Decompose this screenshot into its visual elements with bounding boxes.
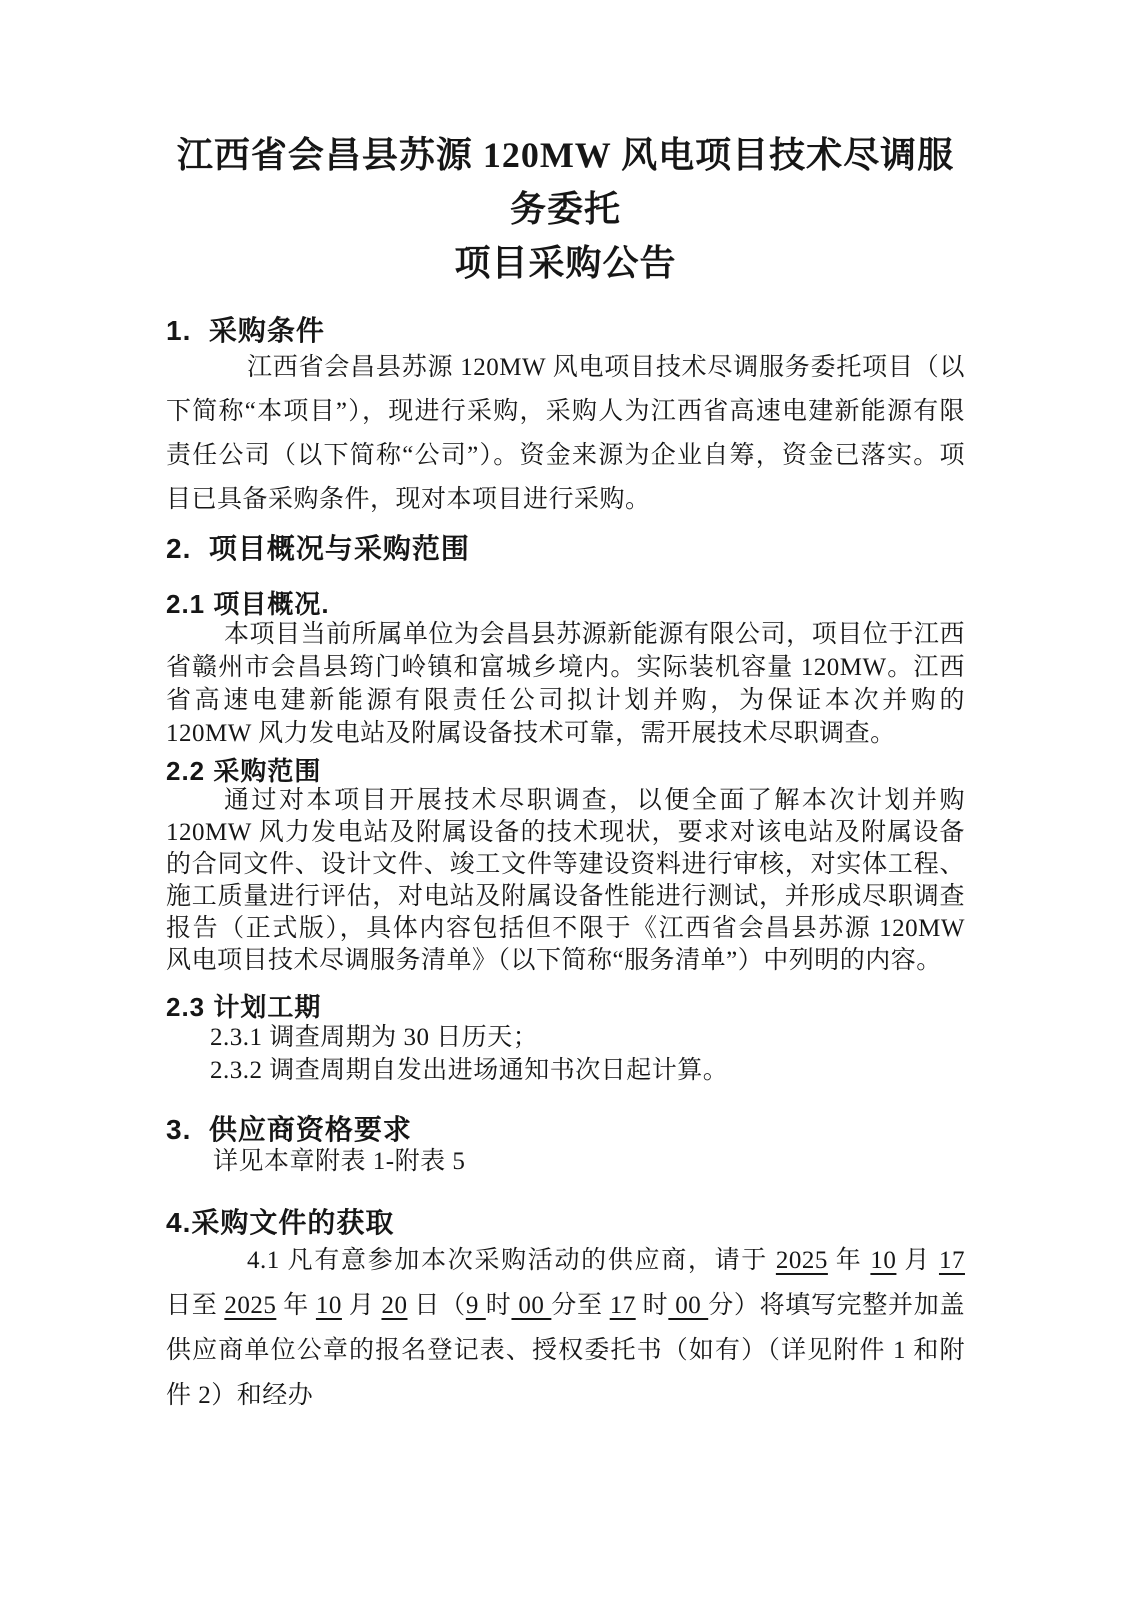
- text-run: 月: [896, 1247, 939, 1274]
- underlined-value: 2025: [776, 1247, 828, 1274]
- text-run: 分至: [551, 1292, 609, 1319]
- section-2-3-item-2: 2.3.2 调查周期自发出进场通知书次日起计算。: [166, 1054, 965, 1087]
- text-run: 4.1 凡有意参加本次采购活动的供应商，请于: [247, 1247, 776, 1274]
- underlined-value: 10: [316, 1292, 342, 1319]
- underlined-value: 17: [939, 1247, 965, 1274]
- page-title-line-2: 项目采购公告: [166, 236, 965, 290]
- underlined-value: 20: [381, 1292, 407, 1319]
- page-title: 江西省会昌县苏源 120MW 风电项目技术尽调服务委托 项目采购公告: [166, 128, 965, 290]
- document-page: 江西省会昌县苏源 120MW 风电项目技术尽调服务委托 项目采购公告 1. 采购…: [0, 0, 1131, 1600]
- section-2-2-heading: 2.2 采购范围: [166, 757, 965, 785]
- text-run: 时: [486, 1292, 512, 1319]
- underlined-value: 10: [870, 1247, 896, 1274]
- text-run: 年: [828, 1247, 871, 1274]
- section-4-1-paragraph: 4.1 凡有意参加本次采购活动的供应商，请于 2025 年 10 月 17 日至…: [166, 1238, 965, 1418]
- underlined-value: 17: [610, 1292, 636, 1319]
- text-run: 年: [276, 1292, 316, 1319]
- section-3-paragraph: 详见本章附表 1-附表 5: [166, 1145, 965, 1178]
- page-title-line-1: 江西省会昌县苏源 120MW 风电项目技术尽调服务委托: [166, 128, 965, 236]
- text-run: 月: [342, 1292, 382, 1319]
- section-2-3-heading: 2.3 计划工期: [166, 993, 965, 1021]
- section-1-paragraph: 江西省会昌县苏源 120MW 风电项目技术尽调服务委托项目（以下简称“本项目”）…: [166, 346, 965, 522]
- text-run: 时: [636, 1292, 669, 1319]
- section-2-2-paragraph: 通过对本项目开展技术尽职调查，以便全面了解本次计划并购 120MW 风力发电站及…: [166, 785, 965, 977]
- underlined-value: 00: [668, 1292, 708, 1319]
- section-3-heading: 3. 供应商资格要求: [166, 1115, 965, 1145]
- section-2-1-heading: 2.1 项目概况.: [166, 590, 965, 618]
- section-1-heading: 1. 采购条件: [166, 316, 965, 346]
- underlined-value: 9: [466, 1292, 486, 1319]
- text-run: 日（: [407, 1292, 465, 1319]
- underlined-value: 00: [511, 1292, 551, 1319]
- section-2-heading: 2. 项目概况与采购范围: [166, 534, 965, 564]
- section-4-heading: 4.采购文件的获取: [166, 1208, 965, 1238]
- section-2-3-item-1: 2.3.1 调查周期为 30 日历天；: [166, 1021, 965, 1054]
- underlined-value: 2025: [224, 1292, 276, 1319]
- section-2-1-paragraph: 本项目当前所属单位为会昌县苏源新能源有限公司，项目位于江西省赣州市会昌县筠门岭镇…: [166, 618, 965, 750]
